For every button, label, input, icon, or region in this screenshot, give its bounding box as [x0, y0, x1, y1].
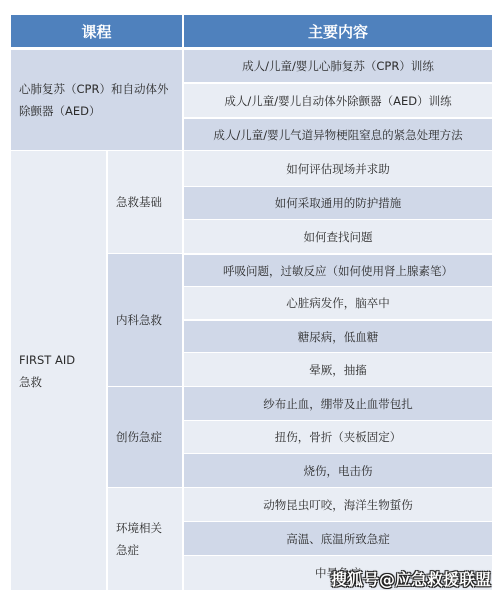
- content-text: 成人/儿童/婴儿自动体外除颤器（AED）训练: [224, 93, 451, 109]
- content-row: 成人/儿童/婴儿心肺复苏（CPR）训练: [184, 50, 492, 82]
- content-text: 烧伤，电击伤: [304, 463, 373, 479]
- content-row: 扭伤，骨折（夹板固定）: [184, 421, 492, 453]
- subcategory-label: 创伤急症: [116, 426, 162, 448]
- content-row: 成人/儿童/婴儿气道异物梗阻窒息的紧急处理方法: [184, 119, 492, 150]
- content-text: 纱布止血，绷带及止血带包扎: [263, 396, 413, 412]
- category-cpr-aed: 心肺复苏（CPR）和自动体外 除颤器（AED）: [11, 50, 182, 150]
- content-text: 如何查找问题: [304, 229, 373, 245]
- content-row: 心脏病发作，脑卒中: [184, 287, 492, 319]
- watermark: 搜狐号@应急救援联盟: [331, 567, 491, 590]
- content-text: 成人/儿童/婴儿气道异物梗阻窒息的紧急处理方法: [213, 127, 462, 143]
- subcategory-environmental: 环境相关 急症: [108, 488, 182, 590]
- header-course: 课程: [11, 15, 182, 47]
- content-text: 成人/儿童/婴儿心肺复苏（CPR）训练: [242, 58, 434, 74]
- subcategory-label: 急救基础: [116, 191, 162, 213]
- content-row: 如何评估现场并求助: [184, 151, 492, 186]
- content-row: 呼吸问题，过敏反应（如何使用肾上腺素笔）: [184, 255, 492, 286]
- subcategory-label-line2: 急症: [116, 539, 162, 561]
- content-text: 心脏病发作，脑卒中: [286, 295, 390, 311]
- content-text: 高温、底温所致急症: [286, 531, 390, 547]
- content-row: 如何查找问题: [184, 220, 492, 253]
- content-row: 糖尿病，低血糖: [184, 321, 492, 352]
- category-first-aid-line2: 急救: [19, 371, 75, 393]
- header-content-label: 主要内容: [308, 21, 368, 42]
- content-row: 高温、底温所致急症: [184, 522, 492, 555]
- content-text: 晕厥，抽搐: [309, 362, 367, 378]
- subcategory-medical: 内科急救: [108, 254, 182, 386]
- subcategory-trauma: 创伤急症: [108, 387, 182, 487]
- category-cpr-aed-line2: 除颤器（AED）: [19, 100, 168, 122]
- content-row: 晕厥，抽搐: [184, 353, 492, 386]
- content-row: 成人/儿童/婴儿自动体外除颤器（AED）训练: [184, 84, 492, 117]
- content-text: 扭伤，骨折（夹板固定）: [275, 429, 402, 445]
- subcategory-label: 内科急救: [116, 309, 162, 331]
- content-row: 纱布止血，绷带及止血带包扎: [184, 387, 492, 420]
- category-first-aid-line1: FIRST AID: [19, 349, 75, 371]
- category-first-aid: FIRST AID 急救: [11, 151, 106, 590]
- header-course-label: 课程: [81, 21, 111, 42]
- content-text: 如何评估现场并求助: [286, 161, 390, 177]
- content-text: 呼吸问题，过敏反应（如何使用肾上腺素笔）: [223, 263, 453, 279]
- content-row: 烧伤，电击伤: [184, 454, 492, 487]
- content-row: 动物昆虫叮咬，海洋生物蜇伤: [184, 488, 492, 521]
- content-text: 如何采取通用的防护措施: [275, 195, 402, 211]
- course-table: 课程 主要内容 心肺复苏（CPR）和自动体外 除颤器（AED） 成人/儿童/婴儿…: [11, 15, 492, 590]
- subcategory-label-line1: 环境相关: [116, 517, 162, 539]
- content-row: 如何采取通用的防护措施: [184, 187, 492, 219]
- content-text: 糖尿病，低血糖: [298, 329, 379, 345]
- content-text: 动物昆虫叮咬，海洋生物蜇伤: [263, 497, 413, 513]
- header-content: 主要内容: [184, 15, 492, 47]
- category-cpr-aed-line1: 心肺复苏（CPR）和自动体外: [19, 78, 168, 100]
- subcategory-basics: 急救基础: [108, 151, 182, 253]
